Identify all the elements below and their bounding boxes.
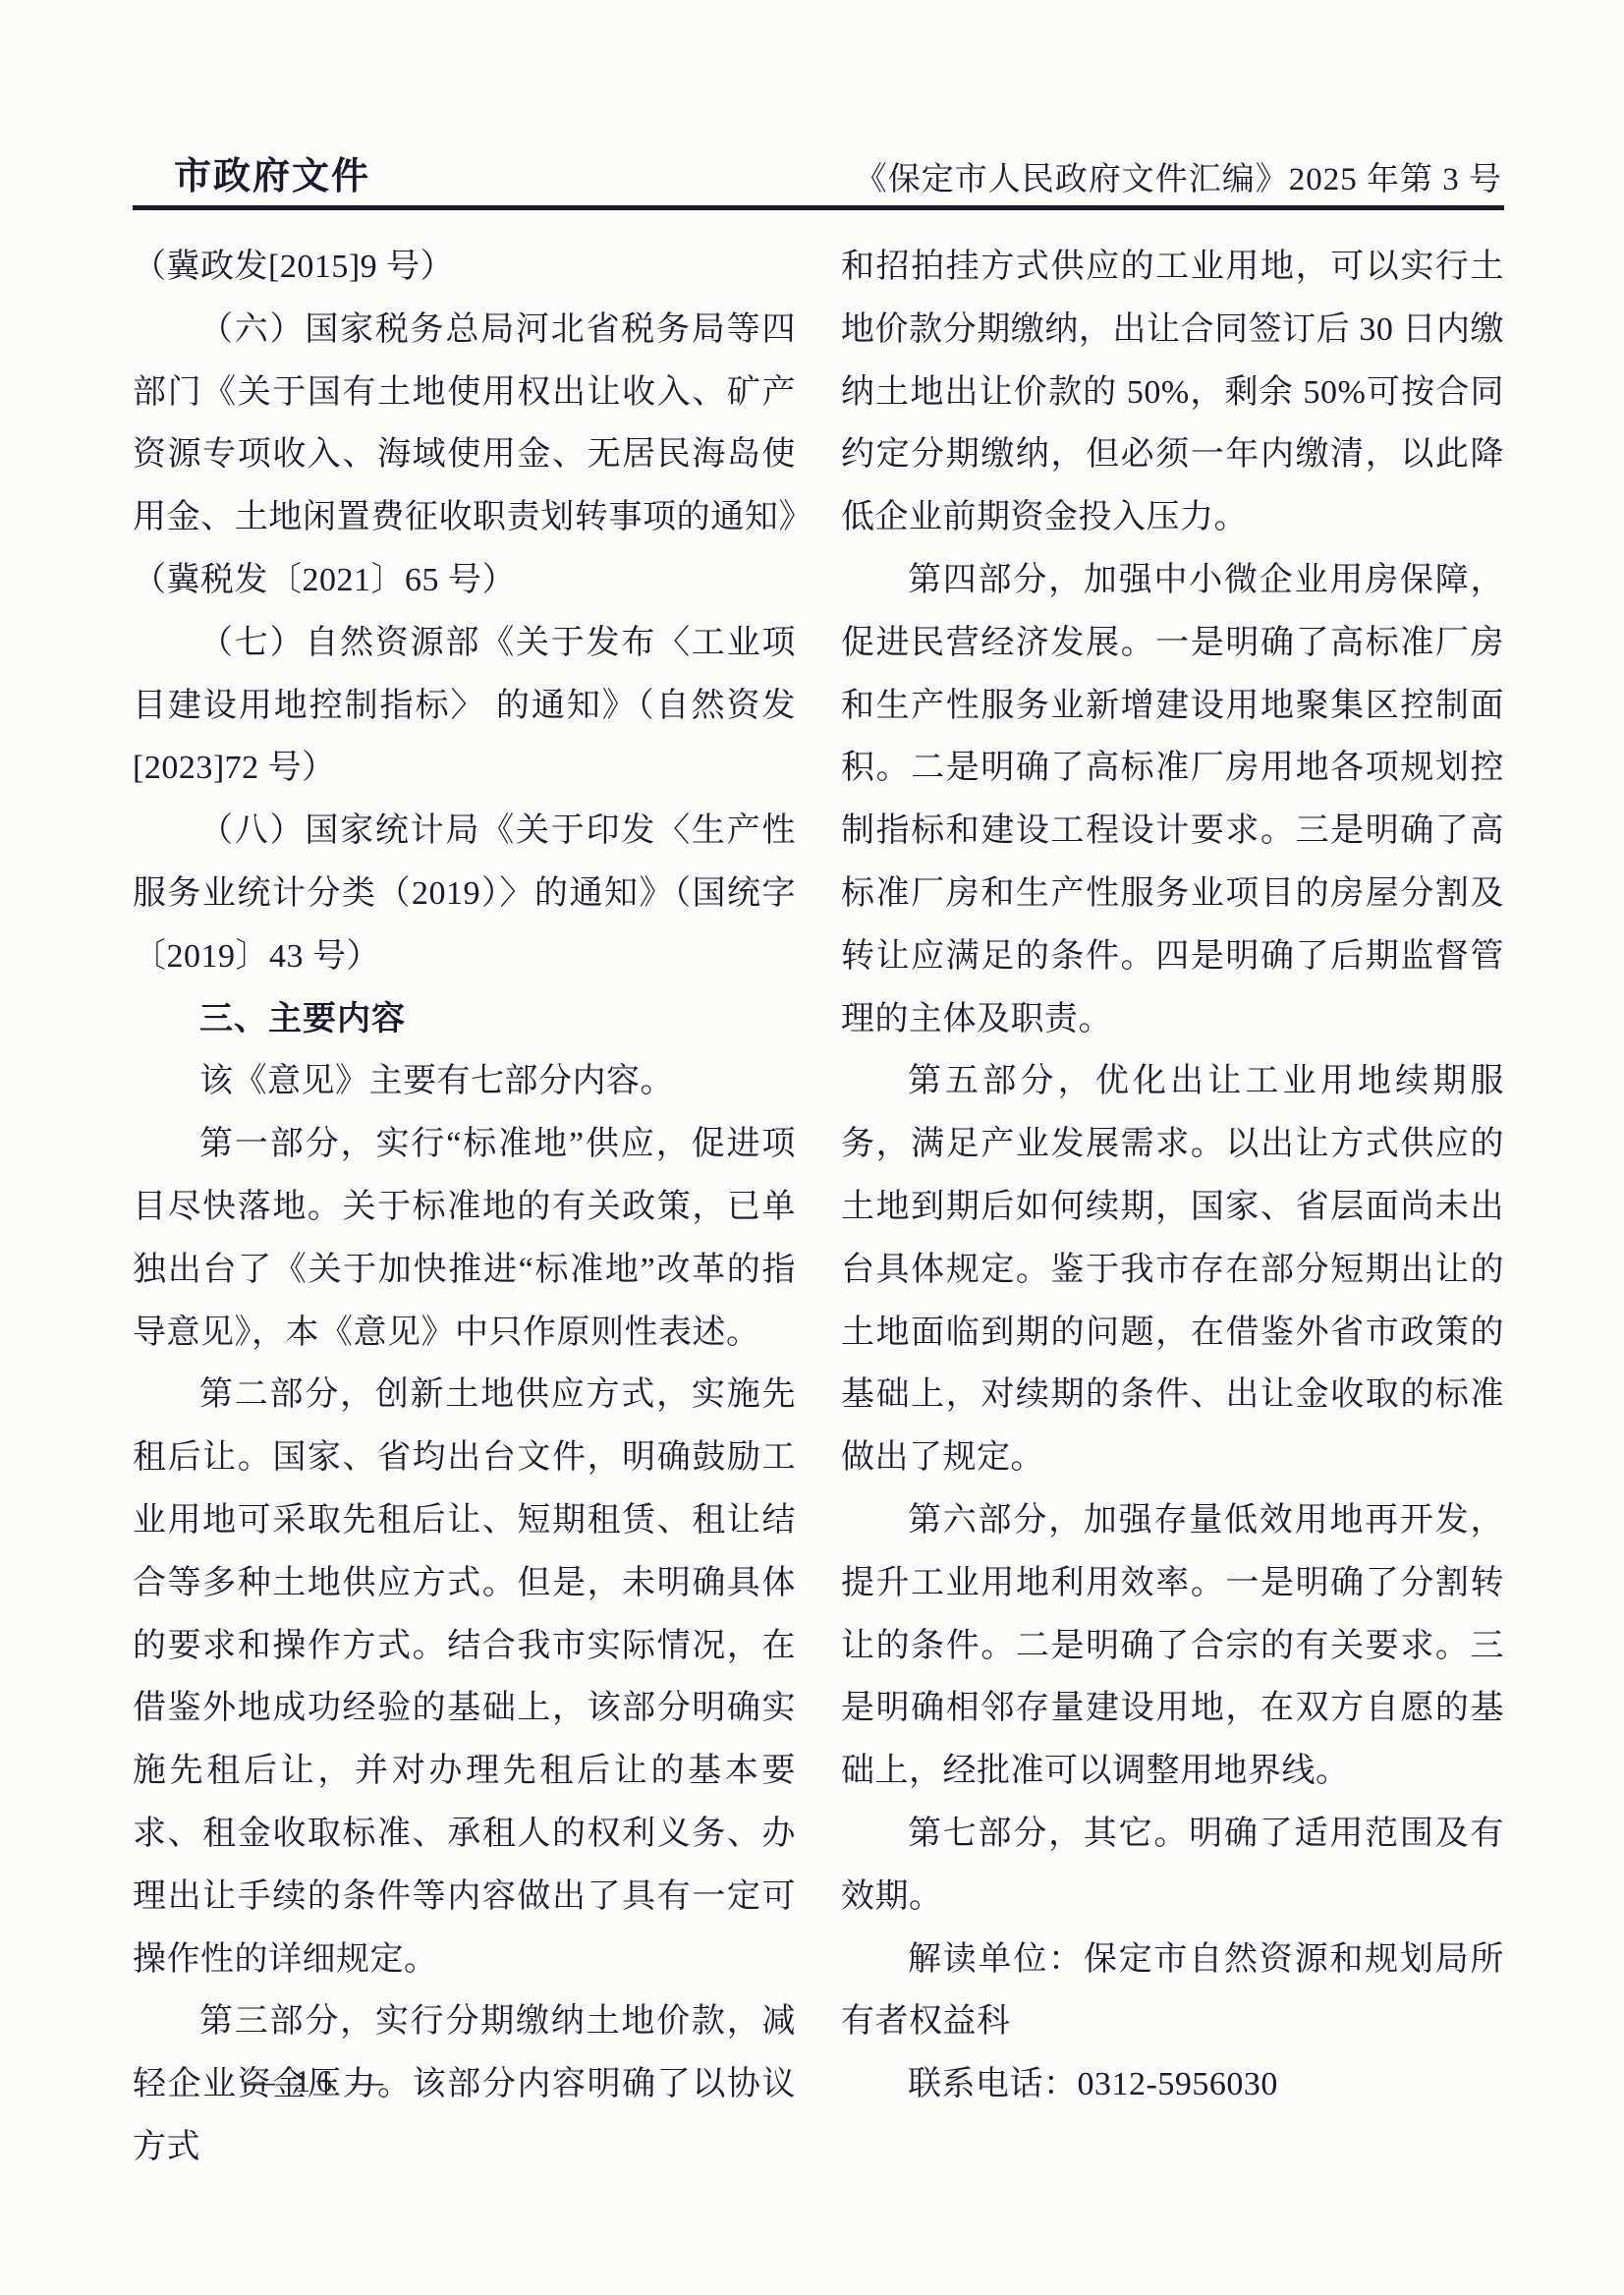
paragraph-part-three-continued: 和招拍挂方式供应的工业用地，可以实行土地价款分期缴纳，出让合同签订后 30 日内… [841, 236, 1504, 549]
section-heading-main-content: 三、主要内容 [133, 988, 796, 1051]
paragraph-item-six: （六）国家税务总局河北省税务局等四部门《关于国有土地使用权出让收入、矿产资源专项… [133, 299, 796, 612]
document-page: 市政府文件 《保定市人民政府文件汇编》2025 年第 3 号 （冀政发[2015… [0, 0, 1624, 2295]
header-rule [133, 205, 1504, 210]
paragraph-part-one: 第一部分，实行“标准地”供应，促进项目尽快落地。关于标准地的有关政策，已单独出台… [133, 1113, 796, 1364]
paragraph-item-eight: （八）国家统计局《关于印发〈生产性服务业统计分类（2019）〉的通知》（国统字〔… [133, 800, 796, 987]
paragraph-contact-phone: 联系电话：0312-5956030 [841, 2053, 1504, 2116]
paragraph-part-six: 第六部分，加强存量低效用地再开发，提升工业用地利用效率。一是明确了分割转让的条件… [841, 1489, 1504, 1803]
paragraph-part-five: 第五部分，优化出让工业用地续期服务，满足产业发展需求。以出让方式供应的土地到期后… [841, 1050, 1504, 1489]
paragraph-part-four: 第四部分，加强中小微企业用房保障，促进民营经济发展。一是明确了高标准厂房和生产性… [841, 549, 1504, 1050]
page-header: 市政府文件 《保定市人民政府文件汇编》2025 年第 3 号 [133, 145, 1504, 205]
left-column: （冀政发[2015]9 号） （六）国家税务总局河北省税务局等四部门《关于国有土… [133, 236, 796, 2179]
paragraph-part-three-start: 第三部分，实行分期缴纳土地价款，减轻企业资金压力。该部分内容明确了以协议方式 [133, 1990, 796, 2178]
paragraph-overview: 该《意见》主要有七部分内容。 [133, 1050, 796, 1113]
header-left-title: 市政府文件 [174, 145, 370, 199]
paragraph-item-seven: （七）自然资源部《关于发布〈工业项目建设用地控制指标〉 的通知》（自然资发[20… [133, 612, 796, 800]
paragraph-doc-number: （冀政发[2015]9 号） [133, 236, 796, 299]
page-number: — 16 — [244, 2063, 389, 2099]
paragraph-part-two: 第二部分，创新土地供应方式，实施先租后让。国家、省均出台文件，明确鼓励工业用地可… [133, 1364, 796, 1990]
header-right-title: 《保定市人民政府文件汇编》2025 年第 3 号 [855, 153, 1502, 199]
text-columns: （冀政发[2015]9 号） （六）国家税务总局河北省税务局等四部门《关于国有土… [133, 236, 1504, 2179]
page-content: 市政府文件 《保定市人民政府文件汇编》2025 年第 3 号 （冀政发[2015… [133, 145, 1504, 2179]
paragraph-interpreting-unit: 解读单位：保定市自然资源和规划局所有者权益科 [841, 1929, 1504, 2054]
right-column: 和招拍挂方式供应的工业用地，可以实行土地价款分期缴纳，出让合同签订后 30 日内… [841, 236, 1504, 2179]
paragraph-part-seven: 第七部分，其它。明确了适用范围及有效期。 [841, 1803, 1504, 1929]
